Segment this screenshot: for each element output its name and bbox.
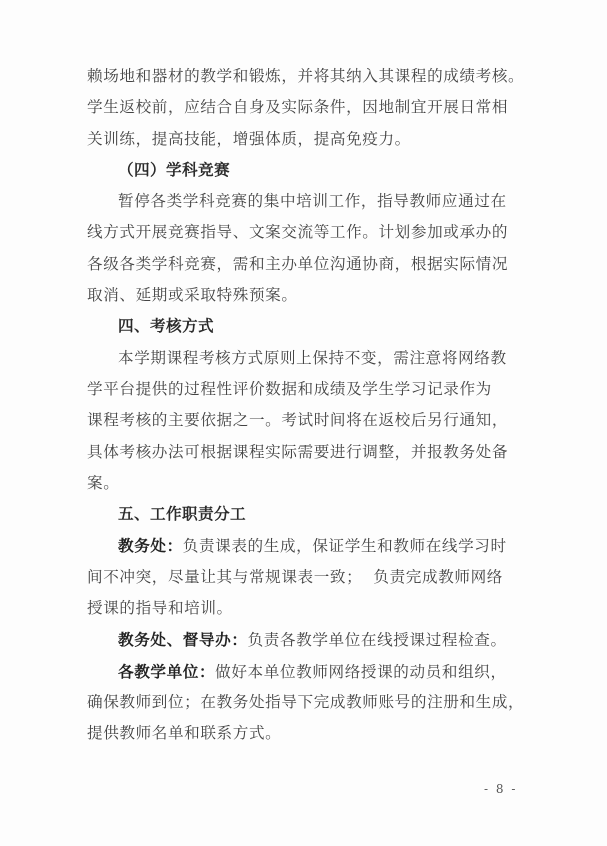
section-heading-responsibilities: 五、工作职责分工 bbox=[87, 499, 532, 530]
section-heading-assessment: 四、考核方式 bbox=[87, 311, 532, 342]
role-description: 做好本单位教师网络授课的动员和组织， bbox=[215, 663, 507, 681]
body-line: 关训练，提高技能，增强体质，提高免疫力。 bbox=[87, 124, 532, 155]
section-heading-competitions: （四）学科竞赛 bbox=[87, 155, 532, 186]
body-line: 线方式开展竞赛指导、文案交流等工作。计划参加或承办的 bbox=[87, 217, 532, 248]
page-number: - 8 - bbox=[484, 782, 517, 796]
body-line: 学生返校前，应结合自身及实际条件，因地制宜开展日常相 bbox=[87, 92, 532, 123]
body-line: 提供教师名单和联系方式。 bbox=[87, 718, 532, 749]
body-line: 本学期课程考核方式原则上保持不变，需注意将网络教 bbox=[87, 343, 532, 374]
body-line: 具体考核办法可根据课程实际需要进行调整，并报教务处备 bbox=[87, 437, 532, 468]
body-line: 案。 bbox=[87, 468, 532, 499]
document-page: 赖场地和器材的教学和锻炼，并将其纳入其课程的成绩考核。 学生返校前，应结合自身及… bbox=[0, 0, 607, 846]
body-line: 间不冲突，尽量让其与常规课表一致； 负责完成教师网络 bbox=[87, 562, 532, 593]
body-line: 课程考核的主要依据之一。考试时间将在返校后另行通知， bbox=[87, 405, 532, 436]
body-line: 取消、延期或采取特殊预案。 bbox=[87, 280, 532, 311]
body-line: 确保教师到位；在教务处指导下完成教师账号的注册和生成， bbox=[87, 687, 532, 718]
role-description: 负责课表的生成，保证学生和教师在线学习时 bbox=[183, 537, 507, 555]
role-description: 负责各教学单位在线授课过程检查。 bbox=[248, 631, 507, 649]
body-line: 各级各类学科竞赛，需和主办单位沟通协商，根据实际情况 bbox=[87, 249, 532, 280]
body-line: 授课的指导和培训。 bbox=[87, 593, 532, 624]
labeled-line-academic-affairs: 教务处：负责课表的生成，保证学生和教师在线学习时 bbox=[87, 530, 532, 561]
role-label: 各教学单位： bbox=[118, 662, 215, 681]
role-label: 教务处： bbox=[118, 536, 183, 555]
body-line: 学平台提供的过程性评价数据和成绩及学生学习记录作为 bbox=[87, 374, 532, 405]
document-body: 赖场地和器材的教学和锻炼，并将其纳入其课程的成绩考核。 学生返校前，应结合自身及… bbox=[87, 61, 532, 750]
labeled-line-teaching-units: 各教学单位：做好本单位教师网络授课的动员和组织， bbox=[87, 656, 532, 687]
labeled-line-supervision: 教务处、督导办：负责各教学单位在线授课过程检查。 bbox=[87, 624, 532, 655]
role-label: 教务处、督导办： bbox=[118, 630, 248, 649]
body-line: 赖场地和器材的教学和锻炼，并将其纳入其课程的成绩考核。 bbox=[87, 61, 532, 92]
body-line: 暂停各类学科竞赛的集中培训工作，指导教师应通过在 bbox=[87, 186, 532, 217]
